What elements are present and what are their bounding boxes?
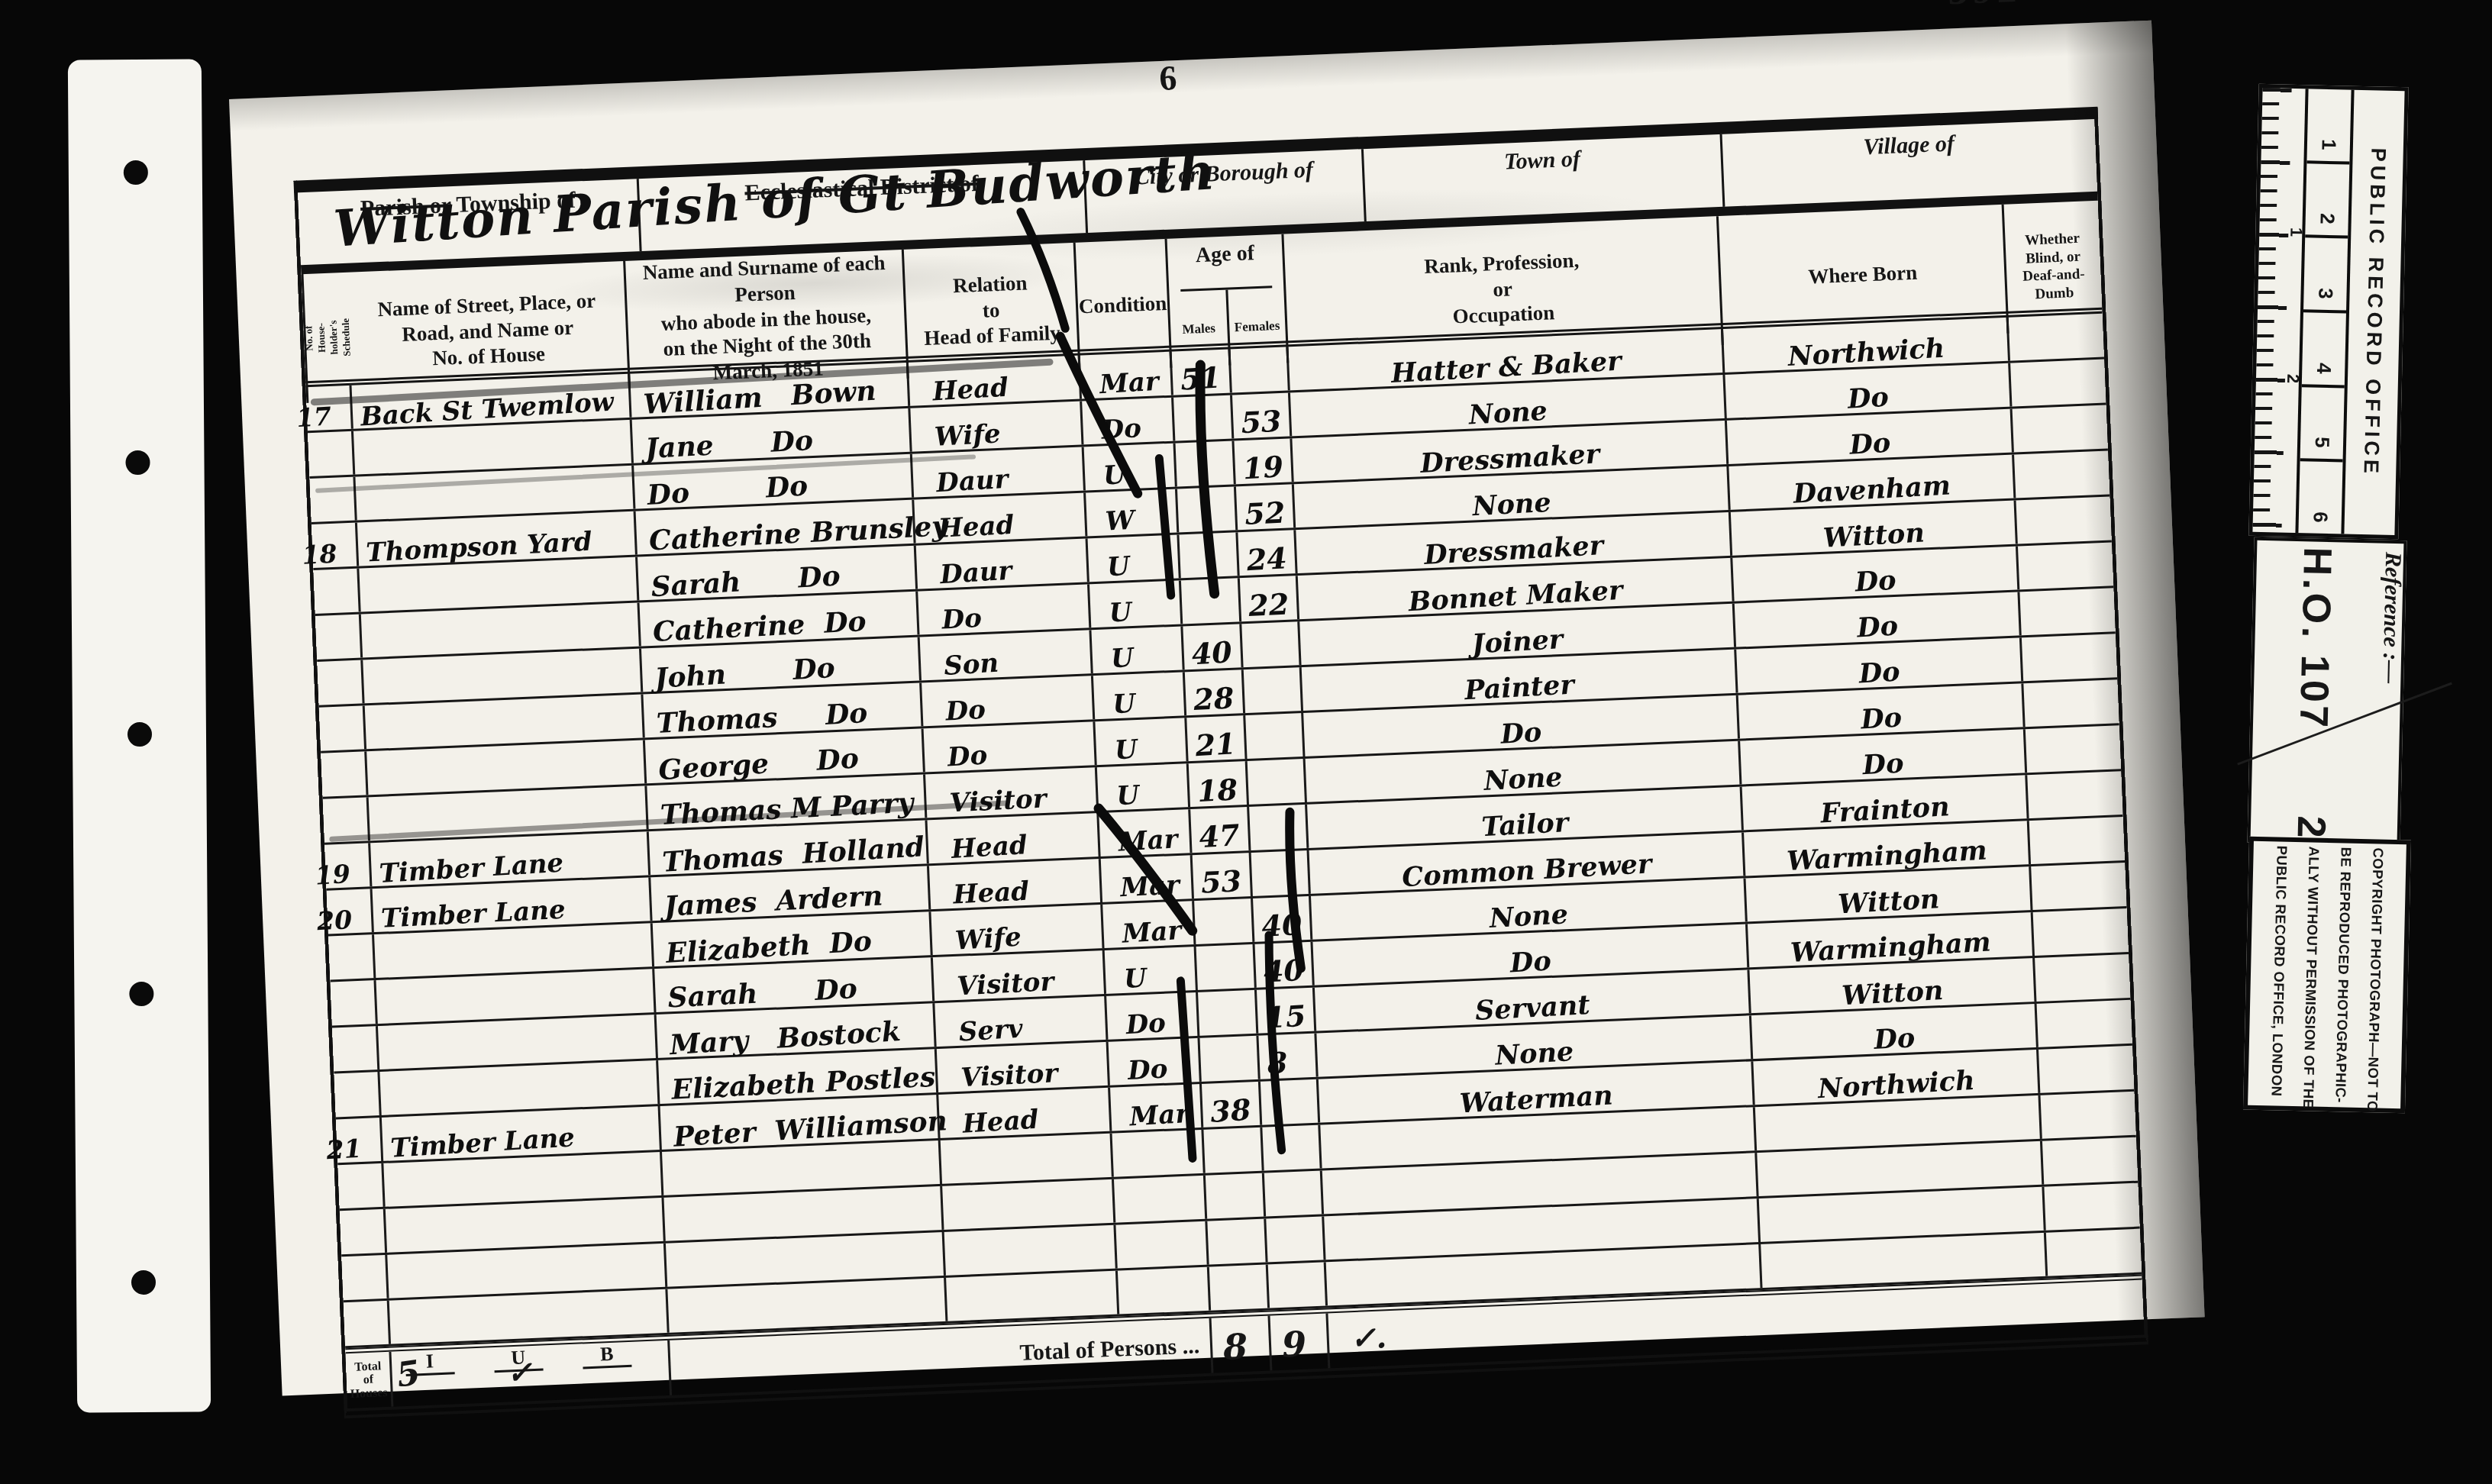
handwritten-age_f: 52 (1244, 498, 1286, 530)
cell-condition: Do (1082, 398, 1175, 445)
cell-age_f (1261, 1079, 1320, 1125)
inch-mark-label: 1 (2286, 227, 2306, 237)
cell-age_m: 47 (1190, 807, 1251, 853)
col-header-blind: Whether Blind, or Deaf-and- Dumb (2004, 201, 2103, 334)
pro-ruler-card: 1 2 123456 PUBLIC RECORD OFFICE (2248, 84, 2408, 539)
total-females-cell: 9 (1270, 1313, 1330, 1370)
cell-age_m (1196, 944, 1257, 990)
cell-relation: Head (938, 1088, 1112, 1138)
handwritten-occupation: Dressmaker (1419, 440, 1600, 477)
cell-schedule (313, 569, 360, 614)
handwritten-relation: Visitor (960, 1060, 1059, 1091)
handwritten-relation: Visitor (949, 786, 1047, 816)
handwritten-relation: Wife (934, 421, 1001, 450)
cell-condition: U (1089, 580, 1183, 627)
total-males-cell: 8 (1212, 1315, 1273, 1373)
cell-schedule (334, 1072, 381, 1117)
photographed-census-page: { "page": { "film_stamp": "392", "page_n… (0, 0, 2492, 1484)
handwritten-occupation: Joiner (1471, 626, 1564, 658)
cm-cell: 5 (2300, 387, 2345, 463)
handwritten-occupation: None (1483, 763, 1563, 795)
punch-hole (124, 160, 148, 185)
cell-age_f: 22 (1240, 576, 1299, 621)
cell-blind (2033, 908, 2129, 956)
cell-age_f (1244, 667, 1303, 713)
cell-relation: Head (914, 492, 1087, 543)
punch-hole (129, 982, 153, 1006)
cell-age_f: 19 (1234, 438, 1293, 484)
cell-age_f (1264, 1170, 1324, 1216)
cell-blind (2014, 450, 2109, 498)
cell-condition: Mar (1080, 352, 1173, 399)
handwritten-relation: Do (941, 605, 983, 634)
handwritten-condition: U (1123, 966, 1147, 992)
reference-label: Reference :— (2374, 552, 2406, 838)
handwritten-born: Frainton (1819, 793, 1950, 827)
handwritten-age_f: 40 (1263, 956, 1305, 987)
cell-condition: Mar (1110, 1084, 1203, 1131)
handwritten-occupation: None (1494, 1038, 1574, 1069)
cell-age_f (1266, 1216, 1325, 1262)
cell-schedule (319, 705, 366, 750)
handwritten-age_m: 47 (1199, 821, 1241, 852)
handwritten-schedule: 17 (295, 403, 332, 431)
handwritten-relation: Visitor (957, 969, 1055, 999)
cell-blind (2010, 360, 2106, 407)
cell-age_f: 40 (1255, 942, 1315, 988)
cell-blind (2038, 1046, 2134, 1093)
cm-cell: 4 (2302, 312, 2346, 388)
cell-blind (2035, 954, 2130, 1002)
handwritten-age_f: 24 (1246, 544, 1288, 575)
village-of-label: Village of (1722, 119, 2097, 207)
copyright-card: COPYRIGHT PHOTOGRAPH—NOT TOBE REPRODUCED… (2243, 837, 2411, 1114)
cell-condition: U (1095, 718, 1188, 765)
cell-relation (942, 1179, 1115, 1230)
cell-relation (946, 1271, 1119, 1321)
handwritten-schedule: 21 (326, 1136, 363, 1163)
handwritten-born: Do (1854, 567, 1896, 596)
handwritten-occupation: None (1488, 901, 1568, 932)
cell-age_m (1209, 1264, 1270, 1310)
cell-age_m (1194, 898, 1254, 944)
handwritten-occupation: None (1467, 398, 1548, 429)
handwritten-born: Do (1847, 384, 1890, 413)
cell-relation: Head (927, 813, 1100, 863)
handwritten-relation: Daur (935, 466, 1009, 497)
cell-relation: Visitor (937, 1042, 1110, 1092)
handwritten-occupation: Do (1499, 719, 1542, 748)
cell-condition: U (1105, 947, 1198, 994)
cm-cell: 3 (2303, 238, 2348, 314)
cell-schedule: 21 (336, 1118, 383, 1163)
totals-check-cell: ✓. (1328, 1295, 1764, 1368)
handwritten-condition: U (1110, 645, 1135, 673)
total-houses-cells: IUB 5 ✓ (391, 1340, 672, 1407)
cm-cell: 2 (2305, 163, 2349, 239)
inch-mark-label: 2 (2283, 373, 2303, 383)
cell-age_f: 53 (1232, 392, 1292, 438)
film-page-stamp: 392 (1947, 0, 2022, 15)
cell-relation: Wife (931, 905, 1104, 955)
cell-blind (2037, 1000, 2132, 1047)
handwritten-condition: U (1109, 599, 1132, 626)
handwritten-born: Do (1873, 1024, 1916, 1053)
handwritten-relation: Head (931, 375, 1009, 405)
cell-condition: U (1091, 626, 1184, 673)
handwritten-street: Timber Lane (380, 897, 566, 932)
handwritten-condition: Mar (1099, 369, 1159, 398)
handwritten-age_f: 40 (1261, 910, 1302, 941)
handwritten-condition: Do (1125, 1010, 1167, 1038)
handwritten-relation: Head (951, 832, 1028, 863)
handwritten-age_m: 18 (1196, 775, 1238, 806)
cell-schedule (315, 614, 363, 659)
handwritten-occupation: Servant (1474, 992, 1590, 1024)
cell-condition (1115, 1221, 1209, 1269)
film-edge-strip (68, 59, 211, 1412)
cell-schedule: 20 (327, 889, 374, 934)
cell-blind (2013, 405, 2108, 453)
handwritten-relation: Do (947, 743, 988, 771)
handwritten-born: Northwich (1787, 335, 1945, 370)
handwritten-relation: Daur (939, 558, 1012, 589)
handwritten-born: Do (1848, 430, 1891, 459)
cell-age_f (1241, 621, 1301, 667)
cm-number: 1 (2316, 139, 2340, 150)
cell-blind (2042, 1137, 2138, 1185)
cell-condition: U (1093, 672, 1186, 719)
cell-age_f: 24 (1238, 530, 1297, 576)
cell-age_f (1268, 1262, 1328, 1308)
cell-blind (2022, 634, 2117, 681)
cell-schedule (321, 751, 368, 796)
houses-col-letter: B (582, 1342, 631, 1369)
cell-relation: Head (909, 356, 1082, 406)
copyright-line: COPYRIGHT PHOTOGRAPH—NOT TO (2356, 847, 2394, 1105)
cell-schedule (309, 477, 357, 522)
cell-schedule (341, 1255, 389, 1300)
handwritten-occupation: Painter (1464, 671, 1574, 704)
census-sheet: 6 392 Parish or Township of Ecclesiastic… (229, 21, 2205, 1396)
handwritten-schedule: 18 (302, 541, 338, 568)
handwritten-born: Witton (1837, 886, 1940, 918)
cell-schedule (331, 980, 378, 1025)
cell-age_f (1231, 347, 1290, 392)
table-body: 17Back St TwemlowWilliam BownHeadMar51Ha… (306, 314, 2142, 1349)
cell-age_m (1173, 395, 1234, 440)
col-header-schedule: No. of House- holder's Schedule (301, 273, 352, 403)
punch-hole (131, 1270, 156, 1295)
cell-condition: U (1088, 534, 1181, 582)
cell-age_m: 40 (1183, 624, 1243, 669)
cell-blind (2029, 817, 2125, 864)
handwritten-age_f: 15 (1264, 1002, 1306, 1033)
cell-schedule (323, 797, 370, 842)
cell-relation: Head (929, 859, 1102, 909)
reference-stamp: H.O. 107 2165 (2288, 547, 2341, 836)
cell-age_f: 15 (1257, 988, 1316, 1034)
cell-age_m: 51 (1172, 349, 1232, 395)
handwritten-schedule: 20 (316, 907, 353, 934)
cell-schedule (308, 431, 355, 476)
handwritten-condition: U (1114, 737, 1138, 764)
copyright-text: COPYRIGHT PHOTOGRAPH—NOT TOBE REPRODUCED… (2260, 845, 2394, 1105)
persons-check-mark: ✓. (1350, 1319, 1387, 1357)
cm-cell: 6 (2298, 462, 2342, 534)
handwritten-occupation: Dressmaker (1423, 532, 1604, 569)
cell-blind (2027, 771, 2122, 818)
handwritten-occupation: Tailor (1480, 809, 1569, 840)
handwritten-born: Davenham (1792, 473, 1951, 508)
handwritten-condition: Do (1101, 415, 1142, 444)
cell-age_m (1177, 486, 1238, 532)
cell-relation: Daur (916, 538, 1089, 589)
cell-blind (2044, 1183, 2139, 1231)
handwritten-condition: Mar (1122, 918, 1182, 947)
cell-blind (2019, 588, 2115, 635)
cell-schedule (317, 660, 364, 705)
handwritten-occupation: Do (1509, 948, 1552, 977)
cell-age_f (1262, 1125, 1322, 1171)
cell-age_m (1207, 1219, 1267, 1265)
cell-condition: Do (1106, 992, 1199, 1040)
handwritten-condition: W (1105, 508, 1135, 535)
handwritten-condition: U (1116, 782, 1140, 809)
public-record-office-label: PUBLIC RECORD OFFICE (2358, 98, 2391, 527)
handwritten-name: John Do (654, 654, 836, 692)
cell-relation: Son (920, 630, 1093, 680)
cell-condition: U (1097, 763, 1190, 811)
cell-condition: Mar (1102, 901, 1196, 948)
handwritten-relation: Serv (958, 1016, 1024, 1046)
handwritten-relation: Head (962, 1107, 1039, 1137)
cell-age_m (1176, 440, 1236, 486)
cm-number: 5 (2310, 437, 2333, 448)
cell-relation: Daur (912, 447, 1086, 497)
cell-condition (1118, 1267, 1211, 1315)
cell-age_m: 38 (1202, 1082, 1262, 1128)
cell-relation (941, 1134, 1114, 1184)
cell-age_m (1203, 1128, 1264, 1173)
handwritten-born: Do (1858, 659, 1900, 688)
cell-age_m (1179, 532, 1239, 578)
handwritten-age_m: 28 (1193, 683, 1235, 715)
cell-relation: Serv (934, 996, 1108, 1047)
cell-age_f: 40 (1253, 896, 1312, 942)
cell-age_m (1181, 578, 1241, 624)
handwritten-condition: U (1112, 691, 1136, 718)
handwritten-relation: Head (953, 878, 1030, 908)
cell-relation: Wife (910, 402, 1083, 452)
page-number: 6 (1106, 55, 1230, 101)
total-houses-label: Total of Houses (346, 1352, 394, 1408)
cell-age_f: 8 (1258, 1034, 1318, 1079)
total-females-value: 9 (1281, 1324, 1307, 1366)
cell-blind (2040, 1092, 2135, 1139)
handwritten-born: Northwich (1817, 1067, 1975, 1102)
handwritten-condition: Mar (1120, 873, 1180, 902)
handwritten-born: Do (1856, 613, 1899, 642)
cm-number: 3 (2313, 288, 2337, 299)
cell-relation: Do (924, 721, 1097, 772)
handwritten-condition: U (1106, 553, 1131, 581)
copyright-line: BE REPRODUCED PHOTOGRAPHIC- (2324, 847, 2362, 1104)
cell-age_m (1206, 1173, 1266, 1219)
cell-blind (2023, 679, 2119, 727)
handwritten-age_m: 21 (1195, 729, 1237, 760)
handwritten-name: Sarah Do (667, 975, 858, 1011)
cell-age_m: 21 (1186, 715, 1247, 761)
punch-hole (125, 450, 150, 475)
handwritten-relation: Head (938, 512, 1015, 542)
cell-age_m: 53 (1193, 853, 1253, 898)
cell-age_m: 28 (1185, 669, 1245, 715)
cell-age_m: 18 (1189, 761, 1249, 807)
handwritten-relation: Do (945, 697, 986, 725)
handwritten-relation: Son (943, 650, 999, 679)
cell-condition (1112, 1130, 1206, 1177)
handwritten-name: Do Do (647, 472, 809, 509)
census-table: Parish or Township of Ecclesiastical Dis… (293, 107, 2148, 1419)
handwritten-name: Jane Do (644, 427, 813, 463)
handwritten-born: Witton (1822, 520, 1925, 552)
cell-relation: Do (918, 584, 1091, 634)
cell-relation: Visitor (933, 950, 1106, 1001)
handwritten-born: Witton (1841, 977, 1944, 1009)
handwritten-age_m: 51 (1180, 363, 1222, 395)
cell-blind (2046, 1229, 2142, 1276)
handwritten-schedule: 19 (315, 861, 351, 889)
cell-age_f (1245, 713, 1305, 759)
reference-card: Reference :— H.O. 107 2165 (2247, 537, 2406, 846)
handwritten-condition: Do (1127, 1056, 1168, 1084)
ruler-title-strip: PUBLIC RECORD OFFICE (2344, 90, 2404, 535)
cell-blind (2031, 863, 2126, 910)
total-males-value: 8 (1222, 1326, 1248, 1368)
handwritten-relation: Wife (954, 924, 1022, 954)
houses-check-mark: ✓ (506, 1354, 533, 1391)
cell-relation: Visitor (925, 767, 1099, 818)
handwritten-condition: U (1102, 462, 1127, 489)
cell-condition: Do (1109, 1038, 1202, 1086)
copyright-line: PUBLIC RECORD OFFICE, LONDON (2260, 845, 2298, 1102)
handwritten-age_m: 53 (1200, 866, 1242, 898)
cell-age_f (1251, 850, 1311, 896)
cell-age_m (1199, 1036, 1260, 1082)
handwritten-born: Do (1860, 705, 1903, 734)
handwritten-age_m: 38 (1209, 1095, 1251, 1127)
handwritten-born: Do (1861, 750, 1904, 779)
cell-blind (2016, 496, 2112, 544)
cell-condition: Mar (1101, 855, 1194, 902)
cm-cell: 1 (2306, 89, 2351, 164)
cell-schedule (340, 1209, 387, 1254)
cell-condition (1114, 1176, 1207, 1223)
col-header-condition: Condition (1076, 239, 1173, 372)
cm-number: 2 (2315, 213, 2339, 224)
handwritten-age_f: 22 (1248, 589, 1290, 621)
handwritten-age_f: 19 (1242, 452, 1284, 483)
cell-condition: W (1086, 489, 1179, 537)
cell-age_f (1248, 759, 1307, 805)
handwritten-age_f: 53 (1241, 407, 1283, 438)
cell-age_f: 52 (1236, 484, 1296, 530)
cell-blind (2026, 725, 2121, 773)
punch-hole (128, 722, 152, 747)
cell-condition: Mar (1099, 809, 1192, 857)
handwritten-age_m: 40 (1191, 637, 1233, 669)
cell-schedule: 18 (311, 523, 359, 568)
handwritten-occupation: Waterman (1458, 1082, 1613, 1117)
copyright-line: ALLY WITHOUT PERMISSION OF THE (2292, 846, 2330, 1103)
cell-relation (944, 1225, 1118, 1276)
cell-schedule: 19 (324, 843, 372, 888)
handwritten-condition: Mar (1129, 1101, 1190, 1131)
cell-schedule (332, 1026, 379, 1071)
cm-number: 4 (2312, 362, 2335, 373)
cell-blind (2009, 314, 2104, 361)
handwritten-age_f: 8 (1267, 1048, 1288, 1078)
cell-schedule (328, 934, 376, 979)
cell-schedule (344, 1301, 391, 1346)
cm-number: 6 (2308, 511, 2332, 523)
cell-relation: Do (922, 676, 1095, 726)
cell-condition: U (1084, 444, 1177, 491)
cell-blind (2018, 542, 2113, 589)
cell-schedule: 17 (306, 386, 353, 431)
cell-schedule (337, 1163, 385, 1208)
cell-age_f (1249, 805, 1309, 850)
cell-age_m (1198, 990, 1258, 1036)
handwritten-occupation: None (1471, 489, 1551, 521)
handwritten-condition: Mar (1118, 826, 1178, 856)
